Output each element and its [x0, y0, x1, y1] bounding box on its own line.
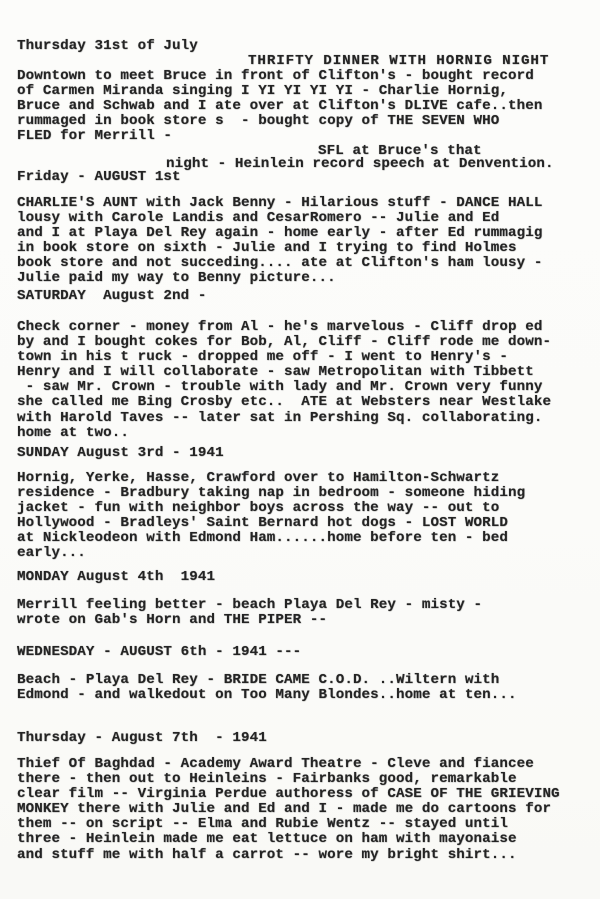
- entry-body-august-2: Check corner - money from Al - he's marv…: [17, 320, 551, 441]
- margin-note-heinlein: night - Heinlein record speech at Denven…: [166, 157, 554, 172]
- entry-date-thursday-august-7: Thursday - August 7th - 1941: [17, 731, 267, 746]
- diary-page: Thursday 31st of July THRIFTY DINNER WIT…: [0, 0, 600, 899]
- entry-body-august-7: Thief Of Baghdad - Academy Award Theatre…: [17, 757, 560, 863]
- entry-body-august-1: CHARLIE'S AUNT with Jack Benny - Hilario…: [17, 196, 542, 287]
- entry-date-wednesday-august-6: WEDNESDAY - AUGUST 6th - 1941 ---: [17, 645, 301, 660]
- entry-body-august-6: Beach - Playa Del Rey - BRIDE CAME C.O.D…: [17, 673, 517, 703]
- entry-date-friday-august-1: Friday - AUGUST 1st: [17, 170, 181, 185]
- entry-headline-thrifty-dinner: THRIFTY DINNER WITH HORNIG NIGHT: [248, 54, 549, 69]
- entry-date-sunday-august-3: SUNDAY August 3rd - 1941: [17, 446, 224, 461]
- entry-body-august-3: Hornig, Yerke, Hasse, Crawford over to H…: [17, 471, 525, 562]
- entry-date-thursday-july-31: Thursday 31st of July: [17, 39, 198, 54]
- entry-body-july-31: Downtown to meet Bruce in front of Clift…: [17, 69, 542, 144]
- entry-body-august-4: Merrill feeling better - beach Playa Del…: [17, 598, 482, 628]
- entry-date-saturday-august-2: SATURDAY August 2nd -: [17, 289, 207, 304]
- entry-date-monday-august-4: MONDAY August 4th 1941: [17, 570, 215, 585]
